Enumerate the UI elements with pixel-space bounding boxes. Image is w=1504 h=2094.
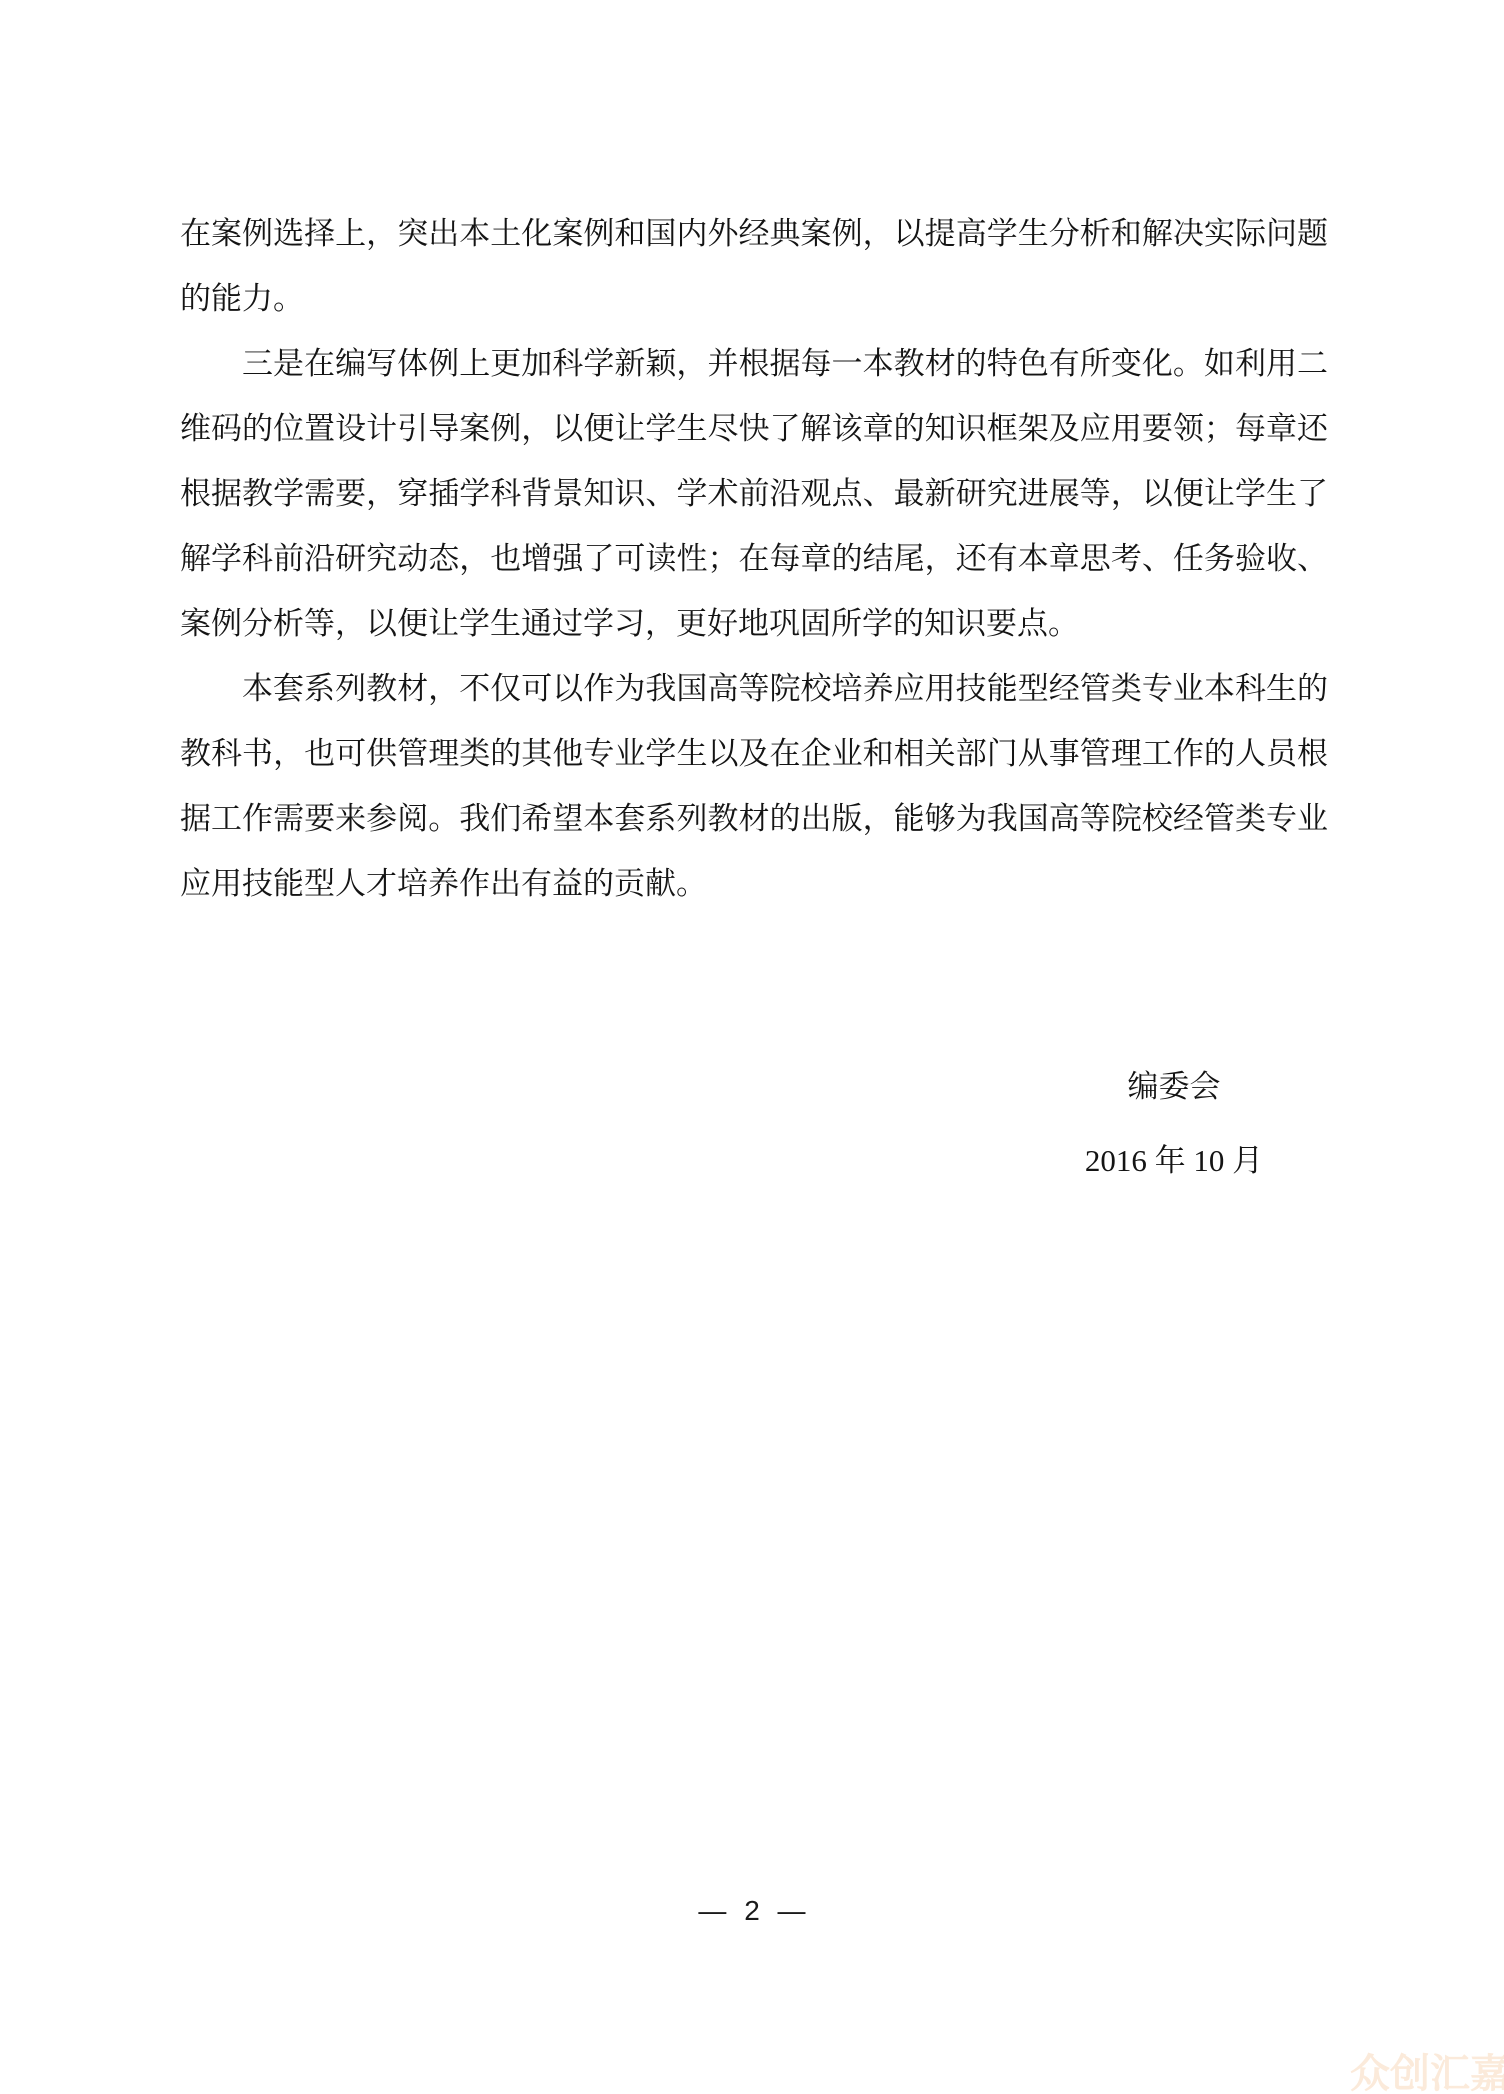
signature-block: 编委会 2016 年 10 月 (1024, 1068, 1324, 1180)
body-line: 据工作需要来参阅。我们希望本套系列教材的出版，能够为我国高等院校经管类专业 (180, 786, 1328, 851)
watermark-text: 众创汇嘉 (1350, 2052, 1504, 2094)
body-line: 根据教学需要，穿插学科背景知识、学术前沿观点、最新研究进展等，以便让学生了 (180, 461, 1328, 526)
body-line: 本套系列教材，不仅可以作为我国高等院校培养应用技能型经管类专业本科生的 (180, 656, 1328, 721)
body-line: 案例分析等，以便让学生通过学习，更好地巩固所学的知识要点。 (180, 591, 1328, 656)
signature: 编委会 (1024, 1068, 1324, 1106)
page-number: — 2 — (0, 1895, 1504, 1927)
body-line: 的能力。 (180, 266, 1328, 331)
body-line: 在案例选择上，突出本土化案例和国内外经典案例，以提高学生分析和解决实际问题 (180, 201, 1328, 266)
body-text: 在案例选择上，突出本土化案例和国内外经典案例，以提高学生分析和解决实际问题 的能… (180, 201, 1328, 916)
body-line: 应用技能型人才培养作出有益的贡献。 (180, 851, 1328, 916)
date-line: 2016 年 10 月 (1024, 1142, 1324, 1180)
body-line: 教科书，也可供管理类的其他专业学生以及在企业和相关部门从事管理工作的人员根 (180, 721, 1328, 786)
body-line: 维码的位置设计引导案例，以便让学生尽快了解该章的知识框架及应用要领；每章还 (180, 396, 1328, 461)
document-page: 在案例选择上，突出本土化案例和国内外经典案例，以提高学生分析和解决实际问题 的能… (0, 0, 1504, 2094)
body-line: 三是在编写体例上更加科学新颖，并根据每一本教材的特色有所变化。如利用二 (180, 331, 1328, 396)
body-line: 解学科前沿研究动态，也增强了可读性；在每章的结尾，还有本章思考、任务验收、 (180, 526, 1328, 591)
